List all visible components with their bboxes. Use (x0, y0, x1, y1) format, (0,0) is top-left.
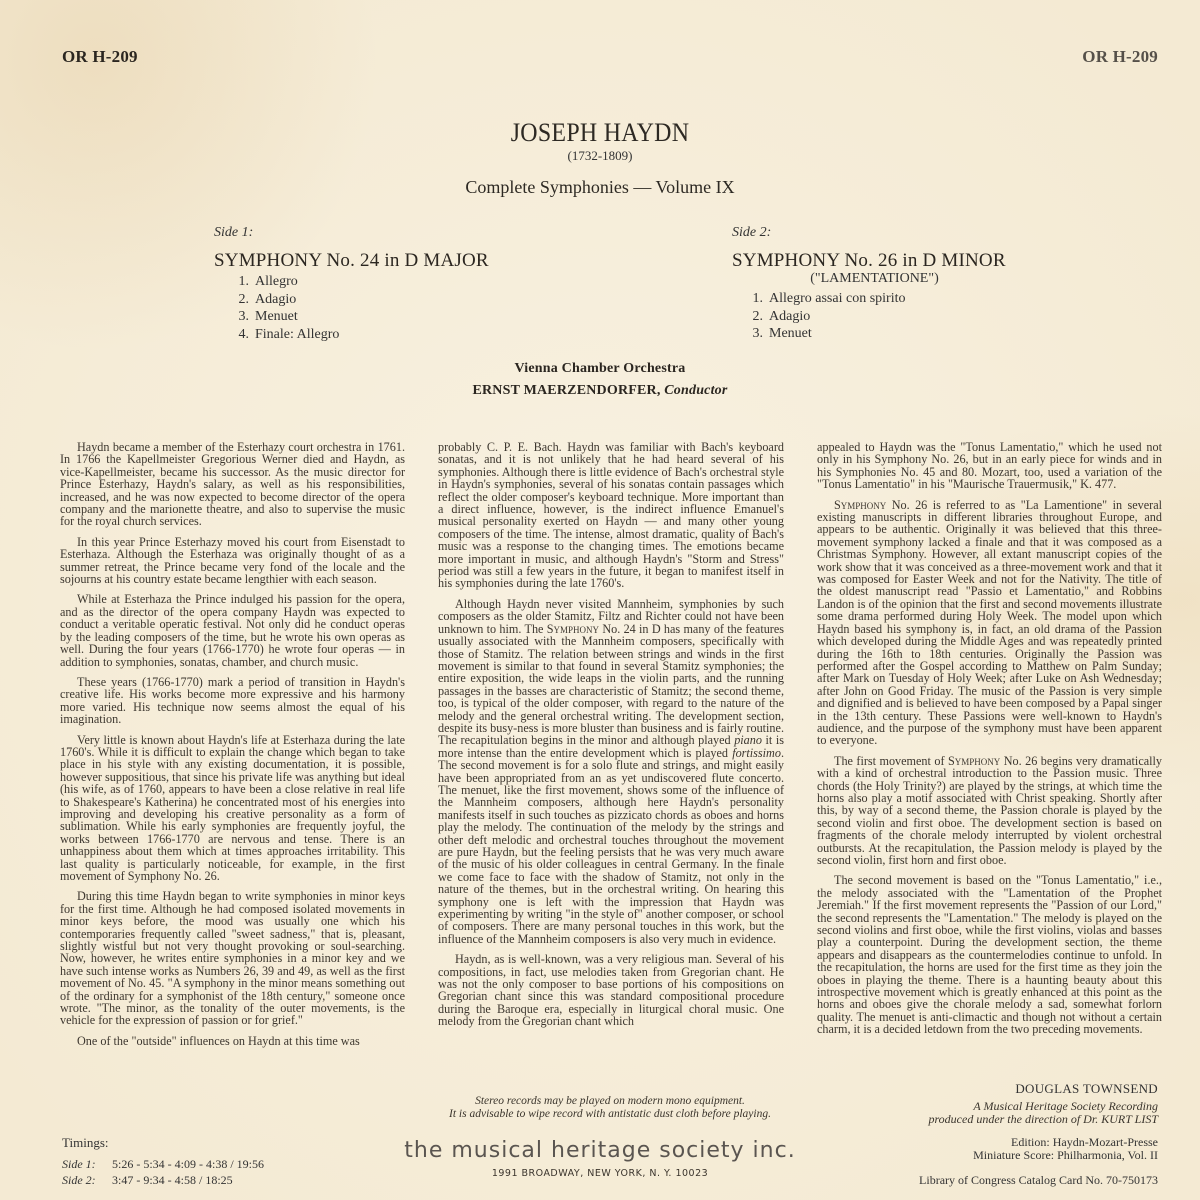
movement-number: 1. (742, 290, 763, 308)
movement-item: 2.Adagio (742, 308, 905, 326)
liner-notes-author: DOUGLAS TOWNSEND (1015, 1081, 1158, 1097)
timings-title: Timings: (62, 1135, 264, 1151)
timings-values: 5:26 - 5:34 - 4:09 - 4:38 / 19:56 (112, 1157, 264, 1171)
side-2-movement-list: 1.Allegro assai con spirito2.Adagio3.Men… (742, 290, 905, 343)
movement-item: 4.Finale: Allegro (228, 326, 339, 344)
movement-item: 1.Allegro (228, 273, 339, 291)
series-title: Complete Symphonies — Volume IX (0, 177, 1200, 198)
movement-number: 3. (742, 325, 763, 343)
composer-title: JOSEPH HAYDN (48, 118, 1152, 148)
liner-notes-column-1: Haydn became a member of the Esterhazy c… (60, 441, 405, 1055)
liner-notes-paragraph: Very little is known about Haydn's life … (60, 734, 405, 883)
liner-notes-column-3: appealed to Haydn was the "Tonus Lamenta… (817, 441, 1162, 1044)
timings-row-side-1: Side 1: 5:26 - 5:34 - 4:09 - 4:38 / 19:5… (62, 1156, 264, 1172)
movement-number: 4. (228, 326, 249, 344)
liner-notes-paragraph: Haydn became a member of the Esterhazy c… (60, 441, 405, 528)
liner-notes-paragraph: The first movement of Symphony No. 26 be… (817, 755, 1162, 867)
liner-notes-paragraph: While at Esterhaza the Prince indulged h… (60, 593, 405, 667)
movement-number: 2. (228, 291, 249, 309)
liner-notes-paragraph: These years (1766-1770) mark a period of… (60, 676, 405, 726)
liner-notes-paragraph: During this time Haydn began to write sy… (60, 890, 405, 1026)
movement-number: 2. (742, 308, 763, 326)
liner-notes-paragraph: Symphony No. 26 is referred to as "La La… (817, 499, 1162, 747)
side-2-label: Side 2: (732, 225, 771, 241)
liner-notes-paragraph: One of the "outside" influences on Haydn… (60, 1035, 405, 1047)
timings-values: 3:47 - 9:34 - 4:58 / 18:25 (112, 1173, 233, 1187)
movement-item: 2.Adagio (228, 291, 339, 309)
movement-number: 3. (228, 308, 249, 326)
side-2-symphony-title: SYMPHONY No. 26 in D MINOR (732, 250, 1006, 272)
liner-notes-paragraph: In this year Prince Esterhazy moved his … (60, 536, 405, 586)
conductor-credit: ERNST MAERZENDORFER, Conductor (0, 383, 1200, 399)
movement-item: 3.Menuet (742, 325, 905, 343)
liner-notes-column-2: probably C. P. E. Bach. Haydn was famili… (438, 441, 784, 1036)
side-1-symphony-title: SYMPHONY No. 24 in D MAJOR (214, 250, 489, 272)
movement-name: Allegro (255, 274, 298, 289)
playback-notice: Stereo records may be played on modern m… (420, 1095, 800, 1121)
catalog-number-right: OR H-209 (1082, 47, 1158, 67)
liner-notes-paragraph: The second movement is based on the "Ton… (817, 874, 1162, 1035)
movement-name: Finale: Allegro (255, 327, 339, 342)
composer-dates: (1732-1809) (0, 148, 1200, 164)
timings-block: Timings: Side 1: 5:26 - 5:34 - 4:09 - 4:… (62, 1135, 264, 1188)
movement-name: Adagio (255, 292, 296, 307)
liner-notes-paragraph: appealed to Haydn was the "Tonus Lamenta… (817, 441, 1162, 491)
catalog-number-left: OR H-209 (62, 47, 138, 67)
conductor-role: Conductor (664, 383, 727, 398)
movement-item: 1.Allegro assai con spirito (742, 290, 905, 308)
side-2-symphony-subtitle: ("LAMENTATIONE") (732, 271, 1017, 287)
timings-side-label: Side 2: (62, 1172, 109, 1188)
playback-notice-line-1: Stereo records may be played on modern m… (420, 1095, 800, 1108)
movement-name: Menuet (255, 309, 298, 324)
side-1-movement-list: 1.Allegro2.Adagio3.Menuet4.Finale: Alleg… (228, 273, 339, 343)
recording-credit-line-2: produced under the direction of Dr. KURT… (928, 1113, 1158, 1126)
conductor-name: ERNST MAERZENDORFER, (472, 383, 660, 398)
movement-name: Menuet (769, 326, 812, 341)
playback-notice-line-2: It is advisable to wipe record with anti… (420, 1108, 800, 1121)
timings-row-side-2: Side 2: 3:47 - 9:34 - 4:58 / 18:25 (62, 1172, 264, 1188)
movement-name: Adagio (769, 309, 810, 324)
timings-side-label: Side 1: (62, 1156, 109, 1172)
liner-notes-paragraph: probably C. P. E. Bach. Haydn was famili… (438, 441, 784, 590)
orchestra-name: Vienna Chamber Orchestra (0, 361, 1200, 377)
movement-number: 1. (228, 273, 249, 291)
liner-notes-paragraph: Although Haydn never visited Mannheim, s… (438, 598, 784, 945)
movement-name: Allegro assai con spirito (769, 291, 905, 306)
movement-item: 3.Menuet (228, 308, 339, 326)
liner-notes-paragraph: Haydn, as is well-known, was a very reli… (438, 953, 784, 1027)
side-1-label: Side 1: (214, 225, 253, 241)
recording-credit: A Musical Heritage Society Recording pro… (928, 1100, 1158, 1126)
